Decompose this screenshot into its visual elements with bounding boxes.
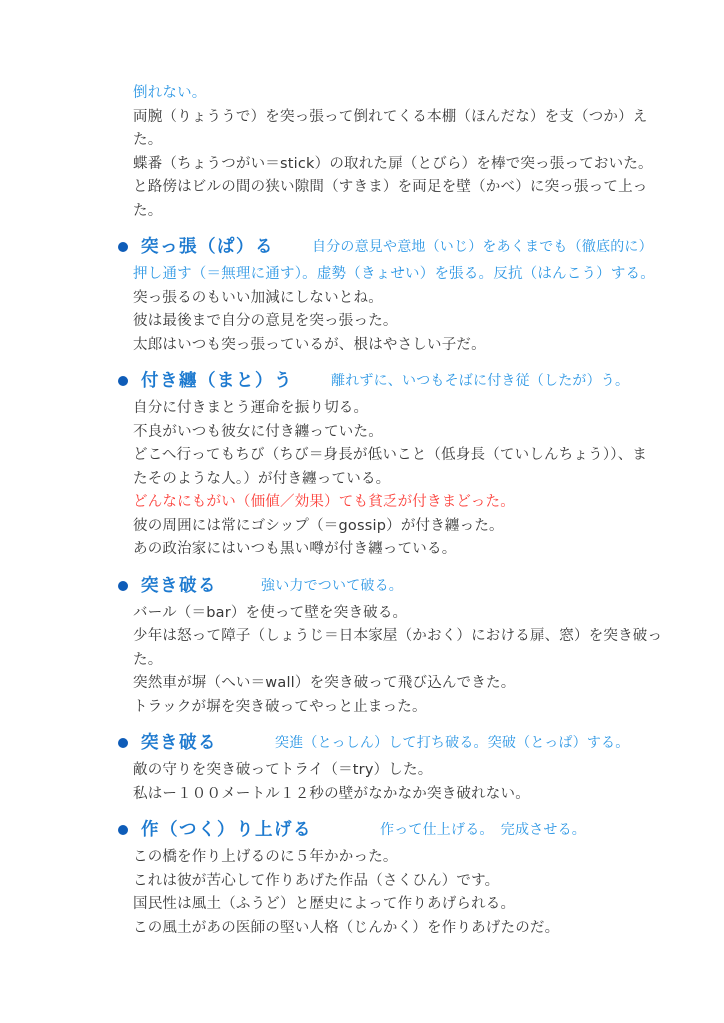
vocab-entry: 付き纏（まと）う 離れずに、いつもそばに付き従（したが）う。 自分に付きまとう運… <box>133 369 678 562</box>
entry-heading: 突き破る 強い力でついて破る。 <box>118 574 678 598</box>
example-sentence: たそのような人。）が付き纏っている。 <box>133 468 678 492</box>
example-sentence: 私はー１００メートル１２秒の壁がなかなか突き破れない。 <box>133 783 678 807</box>
vocab-term: 突き破る <box>141 731 217 755</box>
entry-heading: 突っ張（ぱ）る 自分の意見や意地（いじ）をあくまでも（徹底的に） <box>118 235 678 259</box>
entry-heading: 作（つく）り上げる 作って仕上げる。 完成させる。 <box>118 818 678 842</box>
vocab-entry: 突き破る 突進（とっしん）して打ち破る。突破（とっぱ）する。 敵の守りを突き破っ… <box>133 731 678 806</box>
example-sentence: 彼の周囲には常にゴシップ（＝gossip）が付き纏った。 <box>133 515 678 539</box>
bullet-icon <box>118 825 128 835</box>
example-sentence: これは彼が苦心して作りあげた作品（さくひん）です。 <box>133 870 678 894</box>
example-sentence: 自分に付きまとう運命を振り切る。 <box>133 397 678 421</box>
example-sentence: バール（＝bar）を使って壁を突き破る。 <box>133 602 678 626</box>
bullet-icon <box>118 242 128 252</box>
bullet-icon <box>118 581 128 591</box>
example-sentence: どこへ行ってもちび（ちび＝身長が低いこと（低身長（ていしんちょう））、ま <box>133 444 678 468</box>
example-sentence: 国民性は風土（ふうど）と歴史によって作りあげられる。 <box>133 893 678 917</box>
vocab-entry: 作（つく）り上げる 作って仕上げる。 完成させる。 この橋を作り上げるのに５年か… <box>133 818 678 940</box>
example-sentence: 彼は最後まで自分の意見を突っ張った。 <box>133 310 678 334</box>
example-sentence: この橋を作り上げるのに５年かかった。 <box>133 846 678 870</box>
definition-continuation: 押し通す（＝無理に通す）。虚勢（きょせい）を張る。反抗（はんこう）する。 <box>133 263 678 287</box>
vocab-definition: 強い力でついて破る。 <box>261 574 403 598</box>
entry-heading: 突き破る 突進（とっしん）して打ち破る。突破（とっぱ）する。 <box>118 731 678 755</box>
bullet-icon <box>118 738 128 748</box>
example-sentence: この風土があの医師の堅い人格（じんかく）を作りあげたのだ。 <box>133 917 678 941</box>
example-sentence: と路傍はビルの間の狭い隙間（すきま）を両足を壁（かべ）に突っ張って上っ <box>133 176 678 200</box>
example-sentence: あの政治家にはいつも黒い噂が付き纏っている。 <box>133 538 678 562</box>
example-sentence: トラックが塀を突き破ってやっと止まった。 <box>133 696 678 720</box>
vocab-term: 突き破る <box>141 574 217 598</box>
vocab-definition: 離れずに、いつもそばに付き従（したが）う。 <box>331 369 629 393</box>
vocab-definition: 突進（とっしん）して打ち破る。突破（とっぱ）する。 <box>275 731 629 755</box>
example-sentence: 両腕（りょううで）を突っ張って倒れてくる本棚（ほんだな）を支（つか）え <box>133 106 678 130</box>
vocab-definition: 自分の意見や意地（いじ）をあくまでも（徹底的に） <box>312 235 653 259</box>
document-page: 倒れない。 両腕（りょううで）を突っ張って倒れてくる本棚（ほんだな）を支（つか）… <box>133 82 678 940</box>
highlighted-example-sentence: どんなにもがい（価値／効果）ても貧乏が付きまどった。 <box>133 491 678 515</box>
bullet-icon <box>118 376 128 386</box>
vocab-term: 突っ張（ぱ）る <box>141 235 274 259</box>
example-sentence: 突っ張るのもいい加減にしないとね。 <box>133 287 678 311</box>
example-sentence: 蝶番（ちょうつがい＝stick）の取れた扉（とびら）を棒で突っ張っておいた。 <box>133 153 678 177</box>
example-sentence: 太郎はいつも突っ張っているが、根はやさしい子だ。 <box>133 334 678 358</box>
example-sentence: た。 <box>133 200 678 224</box>
entry-heading: 付き纏（まと）う 離れずに、いつもそばに付き従（したが）う。 <box>118 369 678 393</box>
definition-continuation: 倒れない。 <box>133 82 678 106</box>
example-sentence: た。 <box>133 129 678 153</box>
vocab-entry: 突っ張（ぱ）る 自分の意見や意地（いじ）をあくまでも（徹底的に） 押し通す（＝無… <box>133 235 678 357</box>
example-sentence: 突然車が塀（へい＝wall）を突き破って飛び込んできた。 <box>133 672 678 696</box>
example-sentence: 不良がいつも彼女に付き纏っていた。 <box>133 421 678 445</box>
vocab-entry: 突き破る 強い力でついて破る。 バール（＝bar）を使って壁を突き破る。 少年は… <box>133 574 678 720</box>
vocab-term: 付き纏（まと）う <box>141 369 293 393</box>
example-sentence: た。 <box>133 649 678 673</box>
example-sentence: 敵の守りを突き破ってトライ（＝try）した。 <box>133 759 678 783</box>
example-sentence: 少年は怒って障子（しょうじ＝日本家屋（かおく）における扉、窓）を突き破っ <box>133 625 678 649</box>
vocab-definition: 作って仕上げる。 完成させる。 <box>380 818 586 842</box>
vocab-term: 作（つく）り上げる <box>141 818 312 842</box>
